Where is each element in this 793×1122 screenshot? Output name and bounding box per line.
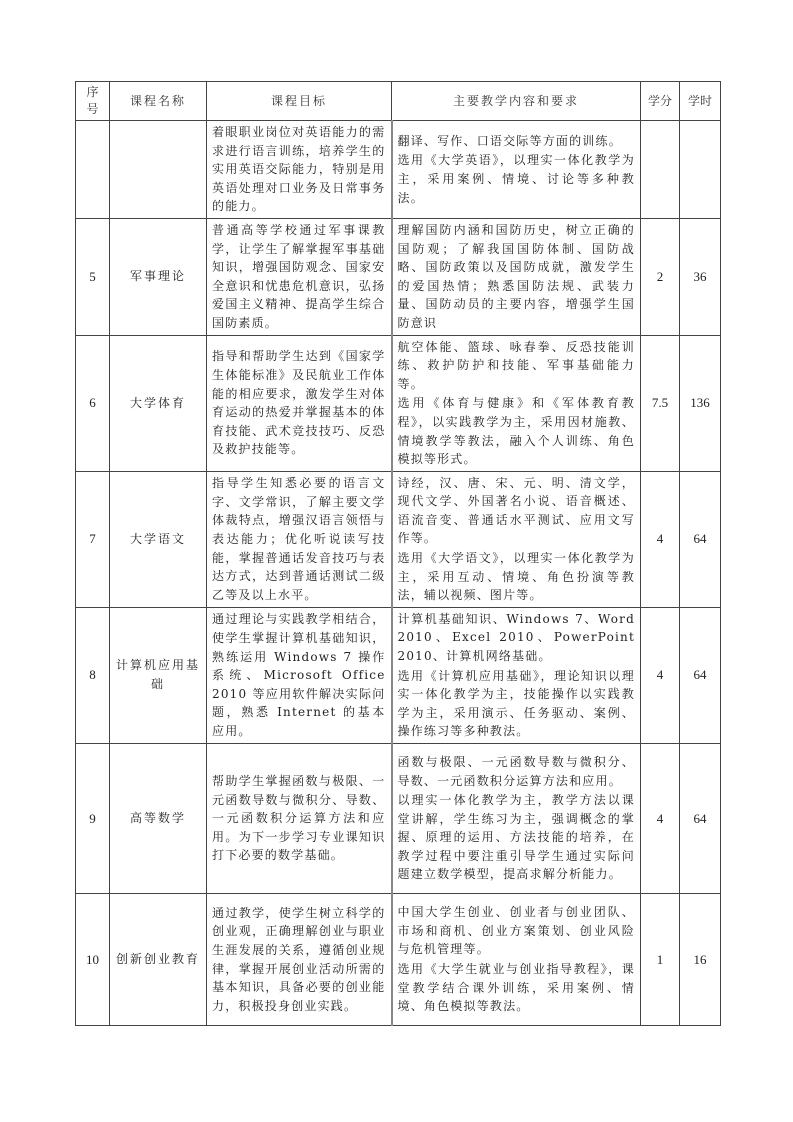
row-hours: 136: [680, 335, 721, 471]
row-hours: 36: [680, 218, 721, 335]
row-content: 函数与极限、一元函数导数与微积分、导数、一元函数积分运算方法和应用。 以理实一体…: [392, 744, 641, 894]
content-paragraph: 中国大学生创业、创业者与创业团队、市场和商机、创业方案策划、创业风险与危机管理等…: [398, 903, 636, 959]
row-index: 5: [76, 218, 110, 335]
row-course-name: 高等数学: [110, 744, 207, 894]
content-paragraph: 计算机基础知识、Windows 7、Word 2010、Excel 2010、P…: [398, 610, 636, 666]
content-paragraph: 选用《大学语文》，以理实一体化教学为主，采用互动、情境、角色扮演等教法，辅以视频…: [398, 549, 636, 605]
table-row: 5 军事理论 普通高等学校通过军事课教学，让学生了解掌握军事基础知识，增强国防观…: [76, 218, 721, 335]
content-paragraph: 诗经，汉、唐、宋、元、明、清文学，现代文学、外国著名小说、语音概述、语流音变、普…: [398, 474, 636, 548]
row-index: 6: [76, 335, 110, 471]
content-paragraph: 选用《大学生就业与创业指导教程》，课堂教学结合课外训练，采用案例、情境、角色模拟…: [398, 960, 636, 1016]
row-course-name: 创新创业教育: [110, 894, 207, 1026]
content-paragraph: 选用《计算机应用基础》，理论知识以理实一体化教学为主，技能操作以实践教学为主，采…: [398, 667, 636, 741]
row-index: [76, 121, 110, 219]
row-credits: 1: [641, 894, 680, 1026]
row-index: 7: [76, 471, 110, 607]
header-index: 序号: [76, 82, 110, 121]
row-course-name: 计算机应用基础: [110, 607, 207, 743]
row-content: 计算机基础知识、Windows 7、Word 2010、Excel 2010、P…: [392, 607, 641, 743]
row-objective: 指导和帮助学生达到《国家学生体能标准》及民航业工作体能的相应要求，激发学生对体育…: [207, 335, 392, 471]
table-row: 10 创新创业教育 通过教学，使学生树立科学的创业观，正确理解创业与职业生涯发展…: [76, 894, 721, 1026]
row-course-name: [110, 121, 207, 219]
row-objective: 帮助学生掌握函数与极限、一元函数导数与微积分、导数、一元函数积分运算方法和应用。…: [207, 744, 392, 894]
row-index: 10: [76, 894, 110, 1026]
row-course-name: 军事理论: [110, 218, 207, 335]
row-credits: [641, 121, 680, 219]
row-hours: 64: [680, 744, 721, 894]
row-objective: 通过理论与实践教学相结合，使学生掌握计算机基础知识，熟练运用 Windows 7…: [207, 607, 392, 743]
row-index: 9: [76, 744, 110, 894]
row-hours: [680, 121, 721, 219]
content-paragraph: 选用《大学英语》，以理实一体化教学为主，采用案例、情境、讨论等多种教法。: [398, 151, 636, 207]
row-credits: 2: [641, 218, 680, 335]
header-hours: 学时: [680, 82, 721, 121]
content-paragraph: 航空体能、篮球、咏春拳、反恐技能训练、救护防护和技能、军事基础能力等。: [398, 338, 636, 394]
row-credits: 4: [641, 607, 680, 743]
row-index: 8: [76, 607, 110, 743]
row-objective: 通过教学，使学生树立科学的创业观，正确理解创业与职业生涯发展的关系，遵循创业规律…: [207, 894, 392, 1026]
header-course-name: 课程名称: [110, 82, 207, 121]
row-content: 理解国防内涵和国防历史，树立正确的国防观；了解我国国防体制、国防战略、国防政策以…: [392, 218, 641, 335]
row-content: 中国大学生创业、创业者与创业团队、市场和商机、创业方案策划、创业风险与危机管理等…: [392, 894, 641, 1026]
header-course-objective: 课程目标: [207, 82, 392, 121]
row-objective: 指导学生知悉必要的语言文字、文学常识，了解主要文学体裁特点，增强汉语言领悟与表达…: [207, 471, 392, 607]
content-paragraph: 以理实一体化教学为主，教学方法以课堂讲解，学生练习为主，强调概念的掌握、原理的运…: [398, 791, 636, 884]
row-credits: 7.5: [641, 335, 680, 471]
table-row: 7 大学语文 指导学生知悉必要的语言文字、文学常识，了解主要文学体裁特点，增强汉…: [76, 471, 721, 607]
row-credits: 4: [641, 471, 680, 607]
row-credits: 4: [641, 744, 680, 894]
table-row: 8 计算机应用基础 通过理论与实践教学相结合，使学生掌握计算机基础知识，熟练运用…: [76, 607, 721, 743]
content-paragraph: 翻译、写作、口语交际等方面的训练。: [398, 132, 636, 151]
table-row: 6 大学体育 指导和帮助学生达到《国家学生体能标准》及民航业工作体能的相应要求，…: [76, 335, 721, 471]
row-hours: 64: [680, 607, 721, 743]
row-content: 诗经，汉、唐、宋、元、明、清文学，现代文学、外国著名小说、语音概述、语流音变、普…: [392, 471, 641, 607]
header-credits: 学分: [641, 82, 680, 121]
table-row: 着眼职业岗位对英语能力的需求进行语言训练，培养学生的实用英语交际能力，特别是用英…: [76, 121, 721, 219]
content-paragraph: 选用《体育与健康》和《军体教育教程》，以实践教学为主，采用因材施教、情境教学等教…: [398, 394, 636, 468]
table-row: 9 高等数学 帮助学生掌握函数与极限、一元函数导数与微积分、导数、一元函数积分运…: [76, 744, 721, 894]
row-course-name: 大学语文: [110, 471, 207, 607]
row-course-name: 大学体育: [110, 335, 207, 471]
row-objective: 普通高等学校通过军事课教学，让学生了解掌握军事基础知识，增强国防观念、国家安全意…: [207, 218, 392, 335]
header-teaching-content: 主要教学内容和要求: [392, 82, 641, 121]
row-hours: 64: [680, 471, 721, 607]
table-header-row: 序号 课程名称 课程目标 主要教学内容和要求 学分 学时: [76, 82, 721, 121]
content-paragraph: 理解国防内涵和国防历史，树立正确的国防观；了解我国国防体制、国防战略、国防政策以…: [398, 221, 636, 333]
row-hours: 16: [680, 894, 721, 1026]
content-paragraph: 函数与极限、一元函数导数与微积分、导数、一元函数积分运算方法和应用。: [398, 753, 636, 790]
course-table: 序号 课程名称 课程目标 主要教学内容和要求 学分 学时 着眼职业岗位对英语能力…: [75, 81, 721, 1026]
row-content: 翻译、写作、口语交际等方面的训练。 选用《大学英语》，以理实一体化教学为主，采用…: [392, 121, 641, 219]
row-content: 航空体能、篮球、咏春拳、反恐技能训练、救护防护和技能、军事基础能力等。 选用《体…: [392, 335, 641, 471]
row-objective: 着眼职业岗位对英语能力的需求进行语言训练，培养学生的实用英语交际能力，特别是用英…: [207, 121, 392, 219]
